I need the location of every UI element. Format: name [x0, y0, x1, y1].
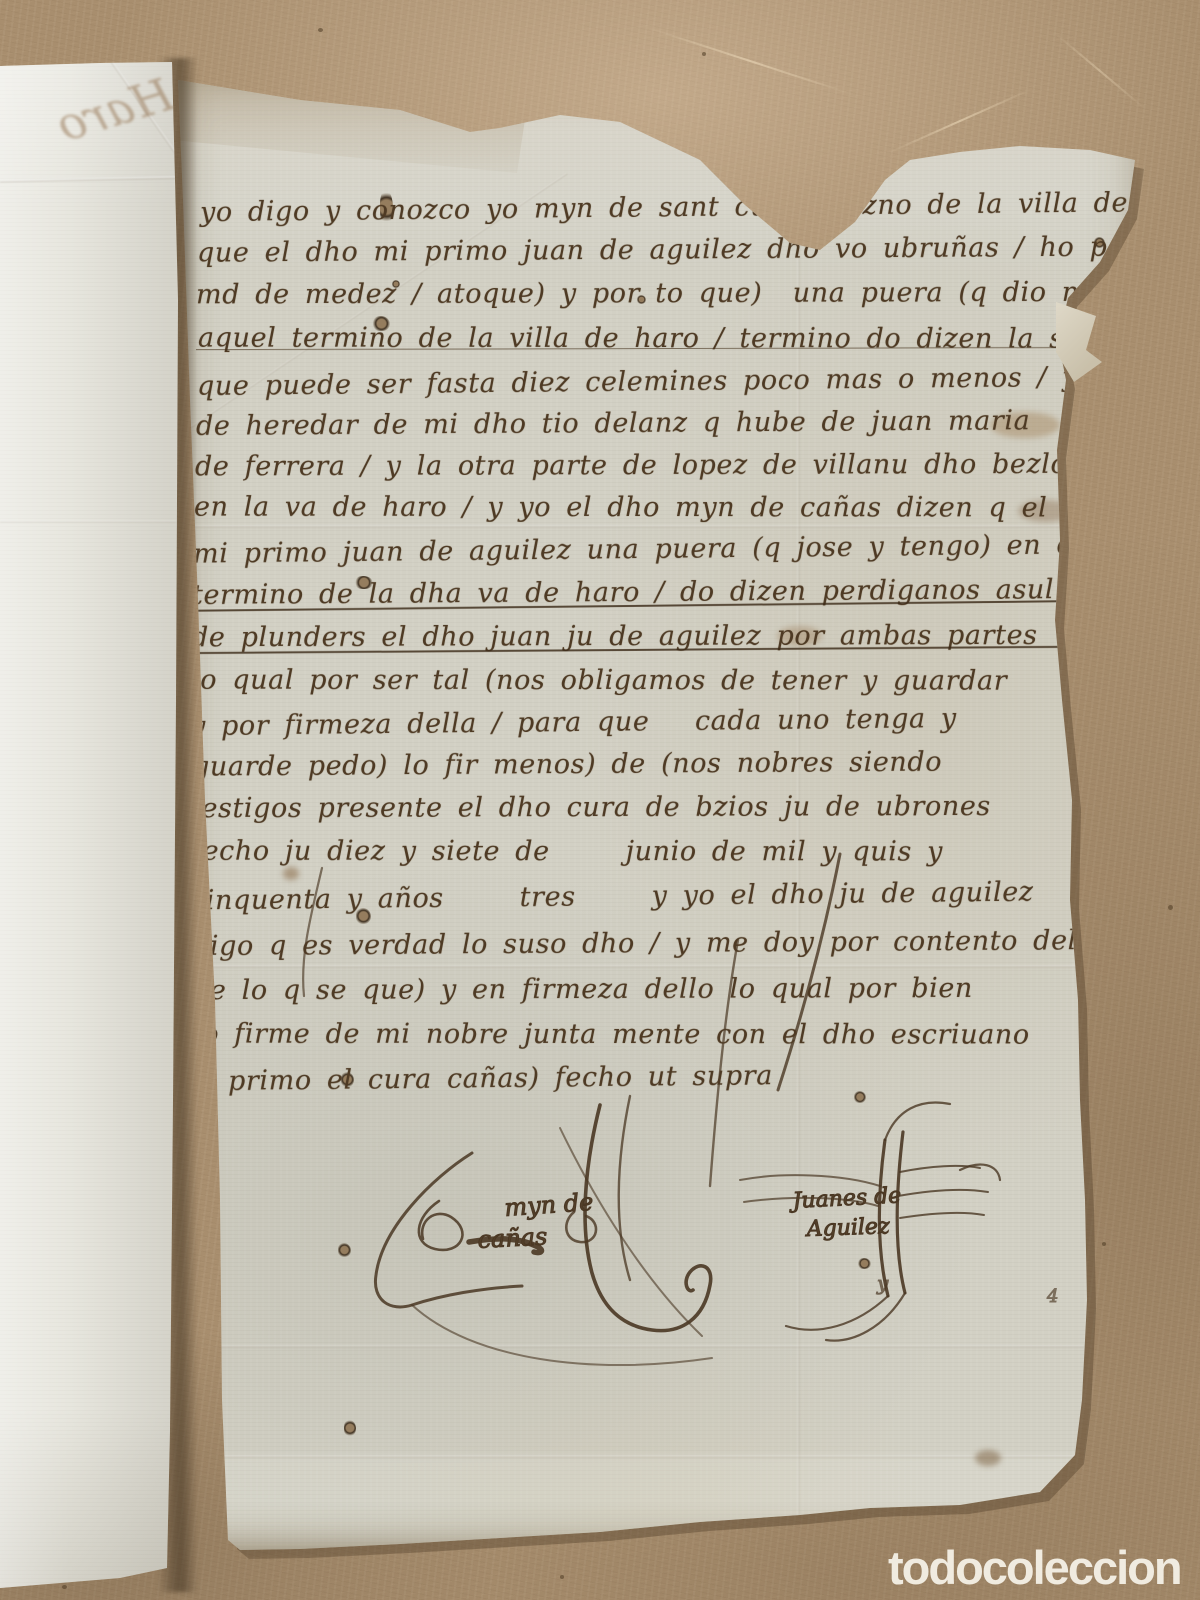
manuscript-line: mi primo juan de aguilez una puera (q jo…	[193, 529, 1082, 569]
flourish-stroke	[412, 1305, 712, 1365]
manuscript-line: digo q es verdad lo suso dho / y me doy …	[192, 925, 1103, 962]
manuscript-line: de lo q se que) y en firmeza dello lo qu…	[192, 973, 973, 1006]
manuscript-line: de ferrera / y la otra parte de lopez de…	[195, 449, 1067, 482]
signature-left-name: cañas	[477, 1222, 548, 1254]
manuscript-line: que puede ser fasta diez celemines poco …	[197, 361, 1152, 402]
manuscript-line: en la va de haro / y yo el dho myn de ca…	[194, 492, 1094, 524]
manuscript-line: de plunders el dho juan ju de aguilez po…	[191, 620, 1039, 653]
manuscript-page: yo digo y conozco yo myn de sant cura y …	[172, 78, 1138, 1554]
signature-right-name: Juanes de	[788, 1183, 902, 1214]
todocoleccion-watermark: todocoleccion	[888, 1540, 1181, 1595]
manuscript-photo: yo digo y conozco yo myn de sant cura y …	[0, 0, 1200, 1600]
speck	[560, 1575, 564, 1579]
manuscript-line: fecho ju diez y siete de junio de mil y …	[192, 836, 943, 868]
manuscript-line: lo firme de mi nobre junta mente con el …	[193, 1019, 1030, 1051]
flourish-stroke	[419, 1201, 463, 1250]
manuscript-line: cinquenta y años tres y yo el dho ju de …	[190, 877, 1034, 917]
page-mark: 4	[1046, 1286, 1058, 1307]
verso-crease	[0, 520, 176, 523]
signature-left-name: myn de	[503, 1188, 594, 1222]
flourish-stroke	[585, 1105, 711, 1331]
manuscript-line: termino de la dha va de haro / do dizen …	[192, 574, 1054, 611]
folded-verso-sheet: Haro	[0, 58, 184, 1593]
manuscript-line: testigos presente el dho cura de bzios j…	[190, 791, 991, 824]
speck	[62, 1585, 67, 1589]
manuscript-line: aquel termino de la villa de haro / term…	[198, 323, 1129, 355]
verso-crease	[0, 176, 176, 183]
manuscript-line: yo digo y conozco yo myn de sant cura y …	[200, 185, 1200, 228]
signatures: myn de cañas Juanes de Aguilez y 4	[312, 1068, 1092, 1388]
speck	[1102, 1242, 1106, 1246]
manuscript-line: de heredar de mi dho tio delanz q hube d…	[196, 405, 1031, 442]
flourish-stroke	[786, 1293, 905, 1341]
manuscript-line: md de medez / atoque) y por to que) una …	[196, 277, 1147, 311]
flourish-stroke	[560, 1128, 702, 1336]
speck	[318, 28, 323, 32]
signature-right-name: Aguilez	[804, 1214, 890, 1242]
manuscript-line: guarde pedo) lo fir menos) de (nos nobre…	[192, 747, 942, 783]
speck	[1168, 905, 1173, 910]
manuscript-line: y por firmeza della / para que cada uno …	[190, 703, 957, 742]
speck	[702, 52, 706, 56]
ink-bleed-mark: Haro	[29, 67, 179, 160]
small-ink-mark: y	[876, 1271, 889, 1295]
manuscript-line: lo qual por ser tal (nos obligamos de te…	[191, 665, 1007, 697]
flourish-stroke	[898, 1166, 988, 1218]
flourish-stroke	[619, 1096, 630, 1280]
manuscript-line: que el dho mi primo juan de aguilez dho …	[197, 230, 1200, 268]
